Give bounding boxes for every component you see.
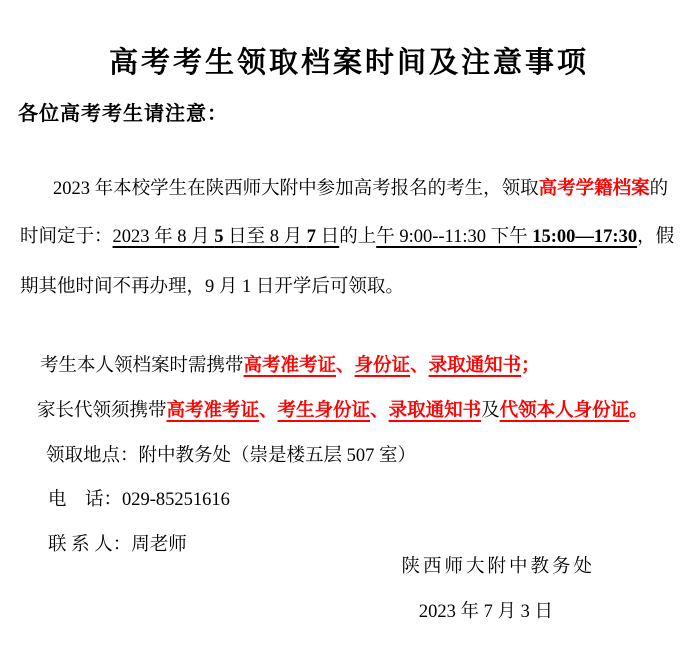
required-doc-student-id-card: 考生身份证 bbox=[278, 401, 371, 421]
date-range-underline: 2023 年 8 月 bbox=[113, 227, 215, 247]
requirement-text: 考生本人领档案时需携带 bbox=[40, 356, 244, 376]
document-title: 高考考生领取档案时间及注意事项 bbox=[0, 44, 698, 82]
separator: 、 bbox=[410, 356, 429, 376]
notice-heading: 各位高考考生请注意： bbox=[18, 101, 228, 127]
date-range-underline: 日 bbox=[316, 227, 339, 247]
document-page: 高考考生领取档案时间及注意事项 各位高考考生请注意： 2023 年本校学生在陕西… bbox=[0, 0, 698, 671]
separator: 、 bbox=[336, 356, 355, 376]
paragraph-line-1: 2023 年本校学生在陕西师大附中参加高考报名的考生，领取高考学籍档案的 bbox=[20, 176, 668, 202]
requirement-text: 及 bbox=[481, 401, 500, 421]
paragraph-text: 2023 年本校学生在陕西师大附中参加高考报名的考生，领取 bbox=[53, 179, 539, 199]
date-day-start: 5 bbox=[214, 227, 223, 247]
paragraph-text: ，假 bbox=[637, 227, 674, 247]
separator: 、 bbox=[259, 401, 278, 421]
required-doc-agent-id-card: 代领本人身份证 bbox=[500, 401, 630, 421]
paragraph-line-3: 期其他时间不再办理，9 月 1 日开学后可领取。 bbox=[20, 274, 404, 300]
required-doc-admission-ticket: 高考准考证 bbox=[167, 401, 260, 421]
required-doc-admission-letter: 录取通知书 bbox=[429, 356, 522, 376]
required-doc-admission-ticket: 高考准考证 bbox=[244, 356, 337, 376]
paragraph-line-2: 时间定于：2023 年 8 月 5 日至 8 月 7 日的上午 9:00--11… bbox=[20, 224, 674, 250]
paragraph-text: 的 bbox=[650, 179, 669, 199]
paragraph-text: 的上 bbox=[339, 227, 376, 247]
punctuation: 。 bbox=[629, 401, 648, 421]
phone-line: 电 话：029-85251616 bbox=[48, 487, 230, 513]
archive-name-highlight: 高考学籍档案 bbox=[539, 179, 650, 199]
punctuation: ； bbox=[521, 356, 540, 376]
afternoon-time-bold: 15:00—17:30 bbox=[532, 227, 637, 247]
pickup-location-line: 领取地点：附中教务处（崇是楼五层 507 室） bbox=[46, 443, 416, 469]
separator: 、 bbox=[370, 401, 389, 421]
contact-person-line: 联 系 人：周老师 bbox=[48, 532, 187, 558]
requirement-parent-line: 家长代领须携带高考准考证、考生身份证、录取通知书及代领本人身份证。 bbox=[37, 398, 648, 424]
date-day-end: 7 bbox=[307, 227, 316, 247]
required-doc-id-card: 身份证 bbox=[355, 356, 411, 376]
required-doc-admission-letter: 录取通知书 bbox=[389, 401, 482, 421]
date-line: 2023 年 7 月 3 日 bbox=[419, 599, 553, 625]
time-range-underline: 午 9:00--11:30 下午 bbox=[376, 227, 532, 247]
date-range-underline: 日至 8 月 bbox=[224, 227, 307, 247]
paragraph-text: 时间定于： bbox=[20, 227, 113, 247]
requirement-text: 家长代领须携带 bbox=[37, 401, 167, 421]
signature-line: 陕西师大附中教务处 bbox=[401, 554, 595, 580]
requirement-self-line: 考生本人领档案时需携带高考准考证、身份证、录取通知书； bbox=[40, 353, 540, 379]
